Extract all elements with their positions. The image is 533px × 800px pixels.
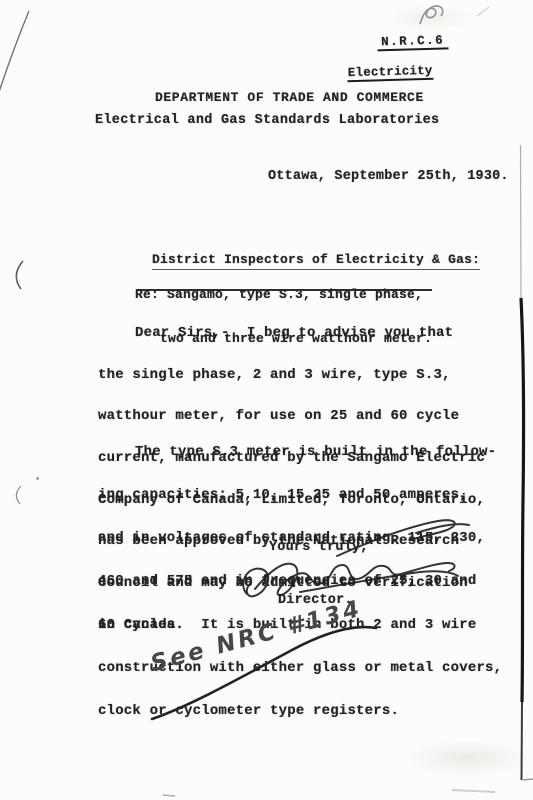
pencil-slash-mark: [477, 7, 489, 16]
dateline: Ottawa, September 25th, 1930.: [268, 169, 509, 184]
page-edge-line: [522, 702, 523, 780]
ink-speck: [36, 477, 38, 479]
scan-smudge: [452, 790, 495, 792]
letter-page: N.R.C.6 Electricity DEPARTMENT OF TRADE …: [0, 0, 533, 800]
department-title: DEPARTMENT OF TRADE AND COMMERCE: [155, 90, 424, 105]
body-line: ing capacities; 5,10, 15 25 and 50 amper…: [98, 488, 502, 502]
valediction: Yours truly,: [269, 540, 369, 555]
stamp-category: Electricity: [347, 64, 433, 82]
scan-smudge: [163, 795, 175, 796]
margin-mark: [16, 486, 21, 504]
body-line: Dear Sirs,- I beg to advise you that: [98, 327, 485, 341]
paragraph-2: The type S.3 meter is built in the follo…: [98, 416, 502, 747]
page-edge-line: [523, 779, 533, 780]
body-line: clock or cyclometer type registers.: [98, 704, 502, 718]
stamp-number: N.R.C.6: [377, 33, 448, 51]
body-line: The type S.3 meter is built in the follo…: [98, 445, 502, 459]
page-edge-line: [521, 298, 524, 702]
subject-underline: [136, 289, 432, 291]
laboratory-title: Electrical and Gas Standards Laboratorie…: [95, 113, 439, 128]
body-line: 460 and 575 and in frequencies of 25, 30…: [98, 574, 502, 588]
body-line: the single phase, 2 and 3 wire, type S.3…: [98, 369, 485, 383]
fold-crease-line: [0, 11, 29, 95]
page-edge-line: [521, 145, 522, 298]
margin-mark: [16, 261, 23, 289]
